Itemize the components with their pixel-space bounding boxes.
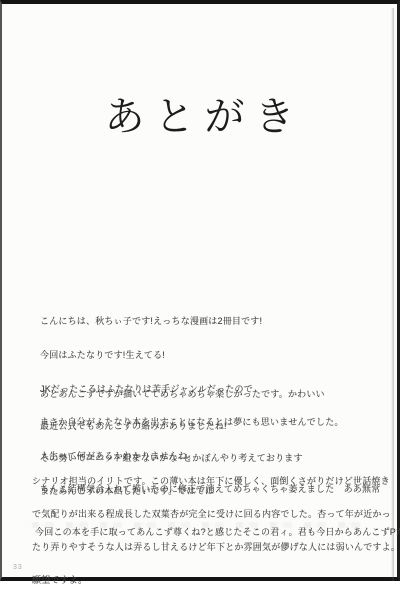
text-line: こんにちは、秋ちぃ子です!えっちな漫画は2冊目です!	[40, 316, 380, 327]
text-line: 最近公式でもあんこずの絡みがありましたね!	[40, 421, 325, 432]
text-line: あとあんこずですが描いててめちゃめちゃ楽しかったです。かわいい	[40, 389, 325, 400]
text-line: 願望ですよ。	[32, 575, 400, 581]
scan-edge-shadow	[391, 8, 394, 581]
text-line: シナリオ担当のイリトです。この薄い本は年下に優しく、面倒くさがりだけど世話焼き	[32, 476, 400, 487]
scanned-page: あとがき こんにちは、秋ちぃ子です!えっちな漫画は2冊目です! 今回はふたなりで…	[0, 0, 400, 581]
page-number: 33	[13, 564, 23, 571]
text-line: 今回この本を手に取ってあんこず尊くね?と感じたそこの君ィ。君も今日からあんこずP…	[35, 527, 400, 538]
scan-bleed-artifact	[32, 522, 362, 528]
closing-line-paragraph: 今回この本を手に取ってあんこず尊くね?と感じたそこの君ィ。君も今日からあんこずP…	[35, 505, 400, 561]
text-line: 今回はふたなりです!生えてる!	[40, 350, 380, 361]
page-title: あとがき	[2, 85, 397, 142]
